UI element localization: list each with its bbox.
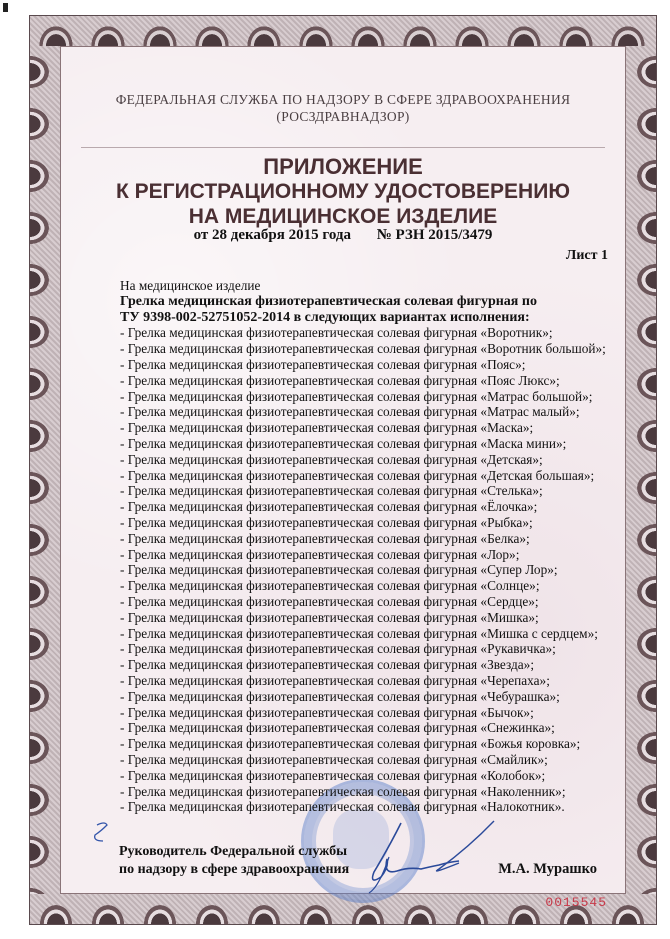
list-item: - Грелка медицинская физиотерапевтическа… [120,562,630,578]
title-line-1: ПРИЛОЖЕНИЕ [61,154,625,179]
list-item: - Грелка медицинская физиотерапевтическа… [120,641,630,657]
title-line-2: К РЕГИСТРАЦИОННОМУ УДОСТОВЕРЕНИЮ [61,179,625,204]
list-item: - Грелка медицинская физиотерапевтическа… [120,689,630,705]
intro-text: На медицинское изделие [120,278,630,294]
list-item: - Грелка медицинская физиотерапевтическа… [120,657,630,673]
agency-header: ФЕДЕРАЛЬНАЯ СЛУЖБА ПО НАДЗОРУ В СФЕРЕ ЗД… [61,91,625,125]
list-item: - Грелка медицинская физиотерапевтическа… [120,515,630,531]
list-item: - Грелка медицинская физиотерапевтическа… [120,768,630,784]
list-item: - Грелка медицинская физиотерапевтическа… [120,547,630,563]
list-item: - Грелка медицинская физиотерапевтическа… [120,752,630,768]
product-name-line-1: Грелка медицинская физиотерапевтическая … [120,294,630,310]
list-item: - Грелка медицинская физиотерапевтическа… [120,594,630,610]
agency-abbreviation: (РОСЗДРАВНАДЗОР) [61,108,625,125]
header-divider [81,147,605,148]
serial-number: 0015545 [545,895,607,910]
list-item: - Грелка медицинская физиотерапевтическа… [120,468,630,484]
guilloche-border-right [626,46,656,894]
date-number-line: от 28 декабря 2015 года № РЗН 2015/3479 [61,227,625,244]
signer-title-line-2: по надзору в сфере здравоохранения [119,861,349,879]
list-item: - Грелка медицинская физиотерапевтическа… [120,325,630,341]
list-item: - Грелка медицинская физиотерапевтическа… [120,404,630,420]
certificate-frame: ФЕДЕРАЛЬНАЯ СЛУЖБА ПО НАДЗОРУ В СФЕРЕ ЗД… [29,15,657,925]
list-item: - Грелка медицинская физиотерапевтическа… [120,578,630,594]
list-item: - Грелка медицинская физиотерапевтическа… [120,531,630,547]
document-body: На медицинское изделие Грелка медицинска… [120,278,630,815]
signer-title: Руководитель Федеральной службы по надзо… [119,843,349,878]
list-item: - Грелка медицинская физиотерапевтическа… [120,799,630,815]
product-name-line-2: ТУ 9398-002-52751052-2014 в следующих ва… [120,310,630,326]
list-item: - Грелка медицинская физиотерапевтическа… [120,357,630,373]
issue-date: от 28 декабря 2015 года [194,227,351,243]
signer-title-line-1: Руководитель Федеральной службы [119,843,349,861]
list-item: - Грелка медицинская физиотерапевтическа… [120,626,630,642]
list-item: - Грелка медицинская физиотерапевтическа… [120,499,630,515]
list-item: - Грелка медицинская физиотерапевтическа… [120,673,630,689]
list-item: - Грелка медицинская физиотерапевтическа… [120,705,630,721]
list-item: - Грелка медицинская физиотерапевтическа… [120,736,630,752]
agency-name: ФЕДЕРАЛЬНАЯ СЛУЖБА ПО НАДЗОРУ В СФЕРЕ ЗД… [61,91,625,108]
list-item: - Грелка медицинская физиотерапевтическа… [120,389,630,405]
list-item: - Грелка медицинская физиотерапевтическа… [120,483,630,499]
signature-icon [329,817,529,897]
title-line-3: НА МЕДИЦИНСКОЕ ИЗДЕЛИЕ [61,204,625,229]
variants-list: - Грелка медицинская физиотерапевтическа… [120,325,630,815]
registration-number: № РЗН 2015/3479 [377,227,493,243]
guilloche-border-left [30,46,60,894]
signer-name: М.А. Мурашко [498,861,597,878]
list-item: - Грелка медицинская физиотерапевтическа… [120,610,630,626]
list-item: - Грелка медицинская физиотерапевтическа… [120,373,630,389]
list-item: - Грелка медицинская физиотерапевтическа… [120,720,630,736]
sheet-number: Лист 1 [566,248,608,264]
document-title: ПРИЛОЖЕНИЕ К РЕГИСТРАЦИОННОМУ УДОСТОВЕРЕ… [61,154,625,229]
certificate-paper: ФЕДЕРАЛЬНАЯ СЛУЖБА ПО НАДЗОРУ В СФЕРЕ ЗД… [60,46,626,894]
initials-mark-icon [89,819,119,849]
list-item: - Грелка медицинская физиотерапевтическа… [120,436,630,452]
list-item: - Грелка медицинская физиотерапевтическа… [120,452,630,468]
list-item: - Грелка медицинская физиотерапевтическа… [120,784,630,800]
list-item: - Грелка медицинская физиотерапевтическа… [120,341,630,357]
scan-corner-mark [3,3,8,12]
list-item: - Грелка медицинская физиотерапевтическа… [120,420,630,436]
